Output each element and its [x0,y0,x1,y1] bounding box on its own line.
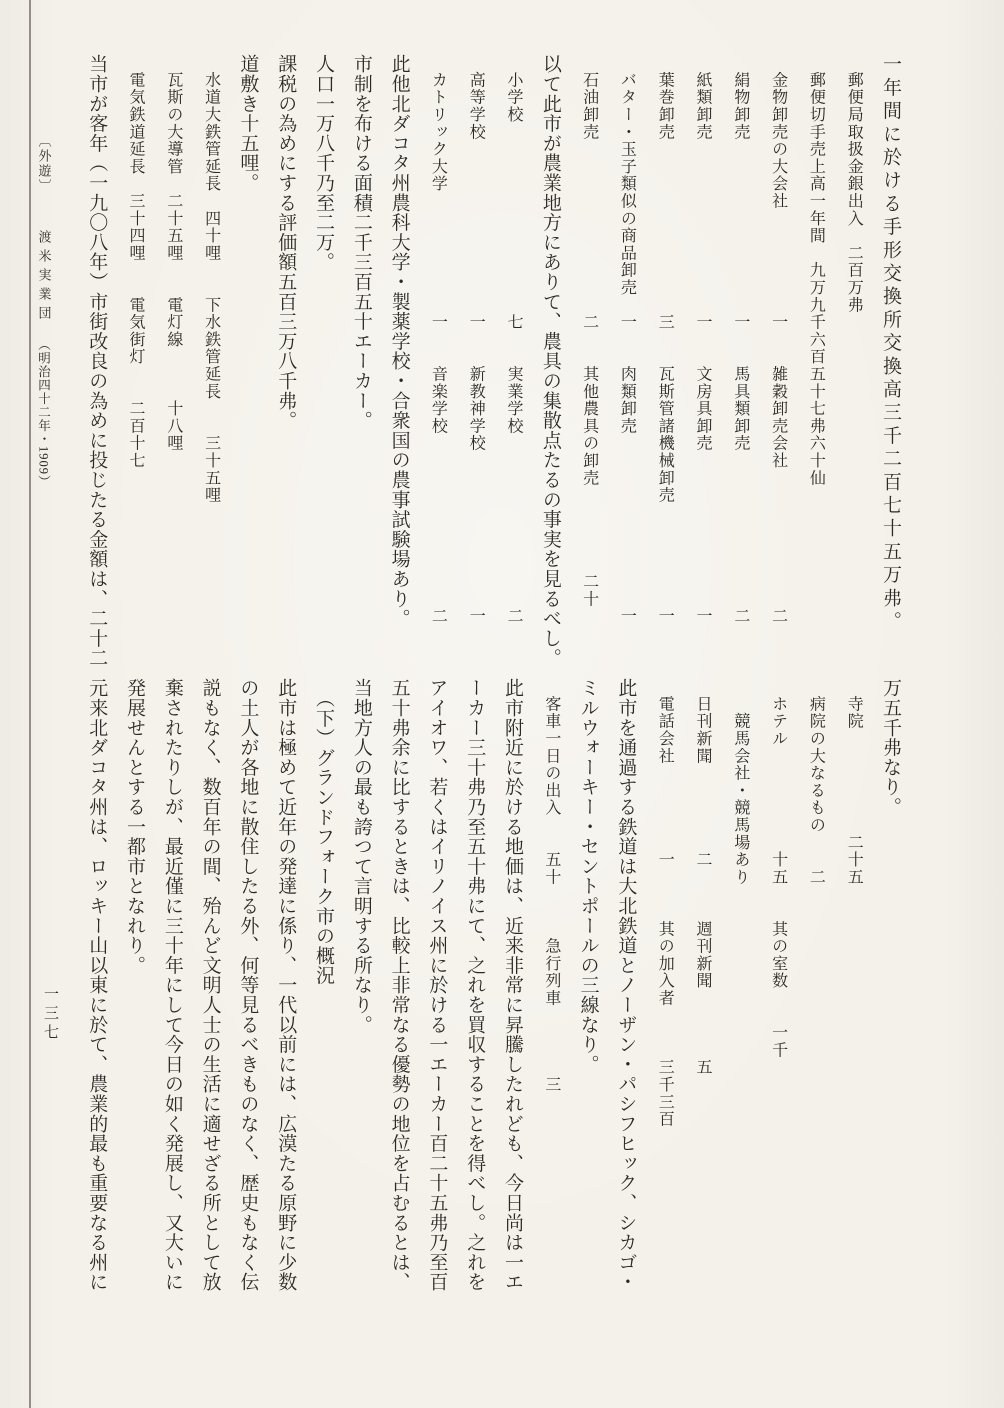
text-column: ーカー三十弗乃至五十弗にて、之れを買収することを得べし。之れを [464,678,485,1292]
running-head-section: 〔外遊〕 [37,134,52,194]
text-column: 発展せんとする一都市となれり。 [123,678,144,975]
text-column: 五十弗余に比するときは、比較上非常なる優勢の地位を占むるとは、 [388,678,409,1292]
text-column: ミルウォーキー・セントポールの三線なり。 [577,678,598,1074]
text-column: 人口一万八千乃至二万。 [312,54,333,272]
text-column: （下）グランドフォーク市の概況 [312,678,333,985]
text-column: 市制を布ける面積二千三百五十エーカー。 [350,54,371,430]
text-column: 棄されたりしが、最近僅に三十年にして今日の如く発展し、又大いに [161,678,182,1292]
text-column: 寺院 二十五 [845,678,862,886]
text-column: 当市が客年（一九〇八年）市街改良の為めに投じたる金額は、二十二 [86,54,107,668]
text-column: アイオワ、若くはイリノイス州に於ける一エーカー百二十五弗乃至百 [426,678,447,1292]
text-column: 此市附近に於ける地価は、近来非常に昇騰したれども、今日尚は一エ [501,678,522,1292]
text-column: 小学校 七 実業学校 二 [505,54,522,625]
text-column: 当地方人の最も誇つて言明する所なり。 [350,678,371,1034]
text-column: 郵便局取扱金銀出入 二百万弗 [845,54,862,314]
text-column: 電話会社 一 其の加入者 三千三百 [656,678,673,1128]
text-column: 病院の大なるもの 二 [807,678,824,886]
text-column: バター・玉子類似の商品卸売 一 肉類卸売 一 [618,54,635,625]
page-number: 一三七 [42,986,57,1043]
text-column: 紙類卸売 一 文房具卸売 一 [694,54,711,625]
running-head-date: （明治四十二年・1909） [37,338,51,489]
text-column: 瓦斯の大導管 二十五哩 電灯線 十八哩 [165,54,182,452]
text-column: 此他北ダコタ州農科大学・製薬学校・合衆国の農事試験場あり。 [388,54,409,628]
text-column: 説もなく、数百年の間、殆んど文明人士の生活に適せざる所として放 [199,678,220,1292]
book-page: 一年間に於ける手形交換所交換高三千二百七十五万弗。 郵便局取扱金銀出入 二百万弗… [0,0,1004,1408]
text-column: 元来北ダコタ州は、ロッキー山以東に於て、農業的最も重要なる州に [86,678,107,1292]
text-column: 高等学校 一 新教神学校 一 [467,54,484,625]
text-column: 水道大鉄管延長 四十哩 下水鉄管延長 三十五哩 [202,54,219,504]
top-text-band: 一年間に於ける手形交換所交換高三千二百七十五万弗。 郵便局取扱金銀出入 二百万弗… [0,54,1004,662]
text-column: 以て此市が農業地方にありて、農具の集散点たるの事実を見るべし。 [539,54,560,668]
running-head: 〔外遊〕渡米実業団（明治四十二年・1909） [37,134,51,489]
text-column: カトリック大学 一 音楽学校 二 [429,54,446,625]
text-column: ホテル 十五 其の室数 一千 [769,678,786,1059]
text-column: 一年間に於ける手形交換所交換高三千二百七十五万弗。 [879,54,900,634]
text-column: 郵便切手売上高一年間 九万九千六百五十七弗六十仙 [807,54,824,487]
text-column: 石油卸売 二 其他農具の卸売 二十 [580,54,597,608]
text-column: 道敷き十五哩。 [237,54,258,193]
text-column: 万五千弗なり。 [879,678,900,817]
text-column: 此市は極めて近年の発達に係り、一代以前には、広漠たる原野に少数 [275,678,296,1292]
bottom-text-band: 万五千弗なり。 寺院 二十五 病院の大なるもの 二 ホテル 十五 其の室数 一千… [0,678,1004,1318]
text-column: 此市を通過する鉄道は大北鉄道とノーザン・パシフヒック、シカゴ・ [615,678,636,1292]
text-column: 競馬会社・競馬場あり [732,678,749,886]
text-column: 葉巻卸売 三 瓦斯管諸機械卸売 一 [656,54,673,625]
text-column: 課税の為めにする評価額五百三万八千弗。 [275,54,296,430]
text-column: 絹物卸売 一 馬具類卸売 二 [732,54,749,625]
running-head-title: 渡米実業団 [37,230,52,325]
text-column: 日刊新聞 二 週刊新聞 五 [694,678,711,1076]
text-column: 電気鉄道延長 三十四哩 電気街灯 二百十七 [127,54,144,469]
text-column: 客車一日の出入 五十 急行列車 三 [543,678,560,1093]
text-column: の土人が各地に散住したる外、何等見るべきものなく、歴史もなく伝 [237,678,258,1292]
text-column: 金物卸売の大会社 一 雑穀卸売会社 二 [769,54,786,625]
